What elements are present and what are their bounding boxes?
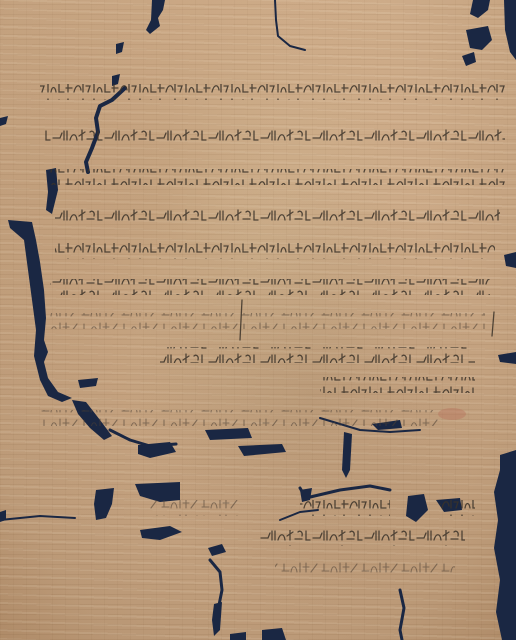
script-line (45, 128, 505, 144)
script-line (150, 500, 240, 516)
ruling-mark (492, 312, 494, 336)
script-line (50, 313, 485, 329)
papyrus-photo: Ancient Egyptian papyrus fragment with h… (0, 0, 516, 640)
script-line (275, 558, 455, 574)
script-line (160, 347, 475, 363)
script-line (55, 206, 500, 222)
script-line (50, 169, 505, 185)
script-line (40, 410, 440, 426)
script-line (320, 377, 475, 393)
red-ink-mark (438, 408, 466, 420)
hieratic-script-layer (0, 0, 516, 640)
script-line (300, 500, 390, 516)
script-line (260, 530, 465, 546)
script-line (40, 84, 505, 100)
script-line (55, 243, 495, 259)
script-line (50, 279, 490, 295)
script-line (440, 500, 475, 516)
